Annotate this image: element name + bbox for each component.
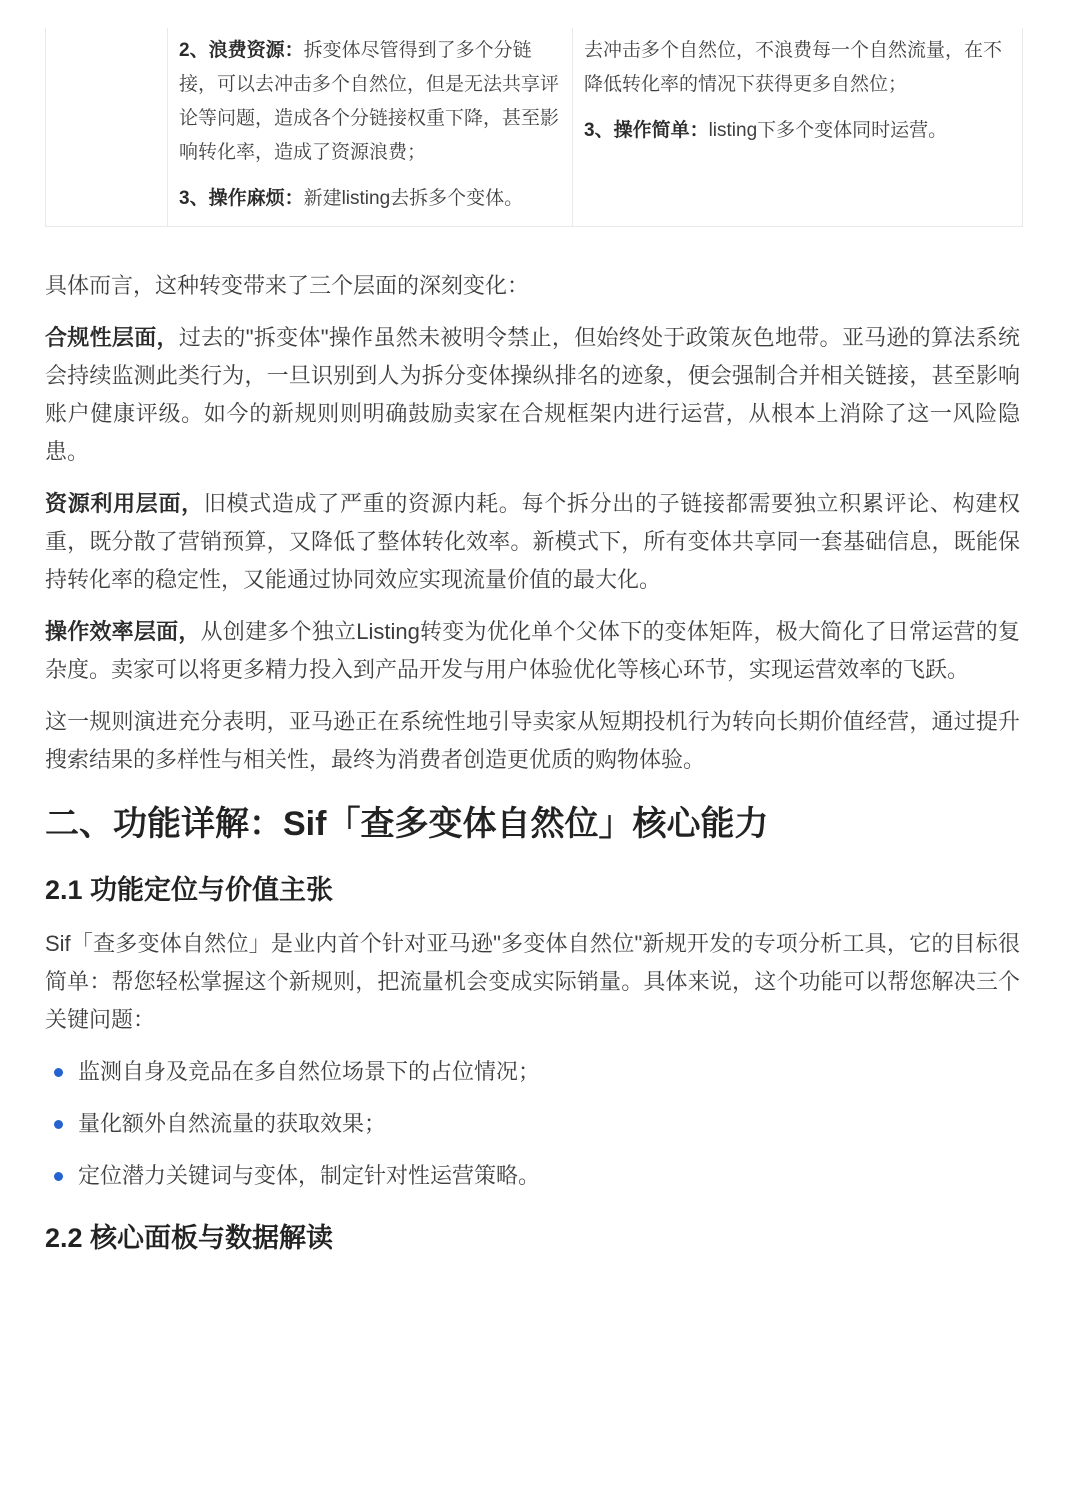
bullet-dot-icon: [54, 1068, 63, 1077]
list-item-text: 监测自身及竞品在多自然位场景下的占位情况；: [78, 1059, 540, 1084]
list-item-text: 量化额外自然流量的获取效果；: [78, 1111, 386, 1136]
efficiency-layer-lead: 操作效率层面，: [45, 619, 201, 644]
subsection-2-2-title: 2.2 核心面板与数据解读: [45, 1221, 1020, 1255]
key-problems-list: 监测自身及竞品在多自然位场景下的占位情况； 量化额外自然流量的获取效果； 定位潜…: [45, 1053, 1020, 1195]
compliance-layer-text: 过去的"拆变体"操作虽然未被明令禁止，但始终处于政策灰色地带。亚马逊的算法系统会…: [45, 325, 1020, 464]
sif-intro-paragraph: Sif「查多变体自然位」是业内首个针对亚马逊"多变体自然位"新规开发的专项分析工…: [45, 925, 1020, 1039]
section-2-title: 二、功能详解：Sif「查多变体自然位」核心能力: [45, 803, 1020, 845]
compliance-layer-paragraph: 合规性层面，过去的"拆变体"操作虽然未被明令禁止，但始终处于政策灰色地带。亚马逊…: [45, 319, 1020, 471]
new-model-cell: 去冲击多个自然位，不浪费每一个自然流量，在不降低转化率的情况下获得更多自然位； …: [573, 28, 1023, 227]
resource-layer-lead: 资源利用层面，: [45, 491, 204, 516]
old-model-item-lead: 3、操作麻烦：: [179, 188, 304, 209]
old-model-item: 2、浪费资源：拆变体尽管得到了多个分链接，可以去冲击多个自然位，但是无法共享评论…: [179, 34, 562, 170]
list-item-text: 定位潜力关键词与变体，制定针对性运营策略。: [78, 1163, 540, 1188]
new-model-item: 去冲击多个自然位，不浪费每一个自然流量，在不降低转化率的情况下获得更多自然位；: [584, 34, 1012, 102]
row-label-cell: [46, 28, 168, 227]
list-item: 量化额外自然流量的获取效果；: [45, 1105, 1020, 1143]
bullet-dot-icon: [54, 1120, 63, 1129]
compliance-layer-lead: 合规性层面，: [45, 325, 179, 350]
comparison-table-row: 2、浪费资源：拆变体尽管得到了多个分链接，可以去冲击多个自然位，但是无法共享评论…: [46, 28, 1023, 227]
list-item: 定位潜力关键词与变体，制定针对性运营策略。: [45, 1157, 1020, 1195]
conclusion-paragraph: 这一规则演进充分表明，亚马逊正在系统性地引导卖家从短期投机行为转向长期价值经营，…: [45, 703, 1020, 779]
old-model-item: 3、操作麻烦：新建listing去拆多个变体。: [179, 182, 562, 216]
bullet-dot-icon: [54, 1172, 63, 1181]
subsection-2-1-title: 2.1 功能定位与价值主张: [45, 873, 1020, 907]
resource-layer-paragraph: 资源利用层面，旧模式造成了严重的资源内耗。每个拆分出的子链接都需要独立积累评论、…: [45, 485, 1020, 599]
new-model-item-lead: 3、操作简单：: [584, 120, 709, 141]
new-model-item-text: 去冲击多个自然位，不浪费每一个自然流量，在不降低转化率的情况下获得更多自然位；: [584, 40, 1002, 95]
old-model-item-lead: 2、浪费资源：: [179, 40, 304, 61]
efficiency-layer-paragraph: 操作效率层面，从创建多个独立Listing转变为优化单个父体下的变体矩阵，极大简…: [45, 613, 1020, 689]
new-model-item-text: listing下多个变体同时运营。: [709, 120, 948, 141]
old-model-cell: 2、浪费资源：拆变体尽管得到了多个分链接，可以去冲击多个自然位，但是无法共享评论…: [168, 28, 573, 227]
old-model-item-text: 新建listing去拆多个变体。: [304, 188, 524, 209]
new-model-item: 3、操作简单：listing下多个变体同时运营。: [584, 114, 1012, 148]
comparison-table: 2、浪费资源：拆变体尽管得到了多个分链接，可以去冲击多个自然位，但是无法共享评论…: [45, 28, 1023, 227]
article-page: 2、浪费资源：拆变体尽管得到了多个分链接，可以去冲击多个自然位，但是无法共享评论…: [0, 0, 1080, 1504]
list-item: 监测自身及竞品在多自然位场景下的占位情况；: [45, 1053, 1020, 1091]
intro-paragraph: 具体而言，这种转变带来了三个层面的深刻变化：: [45, 267, 1020, 305]
